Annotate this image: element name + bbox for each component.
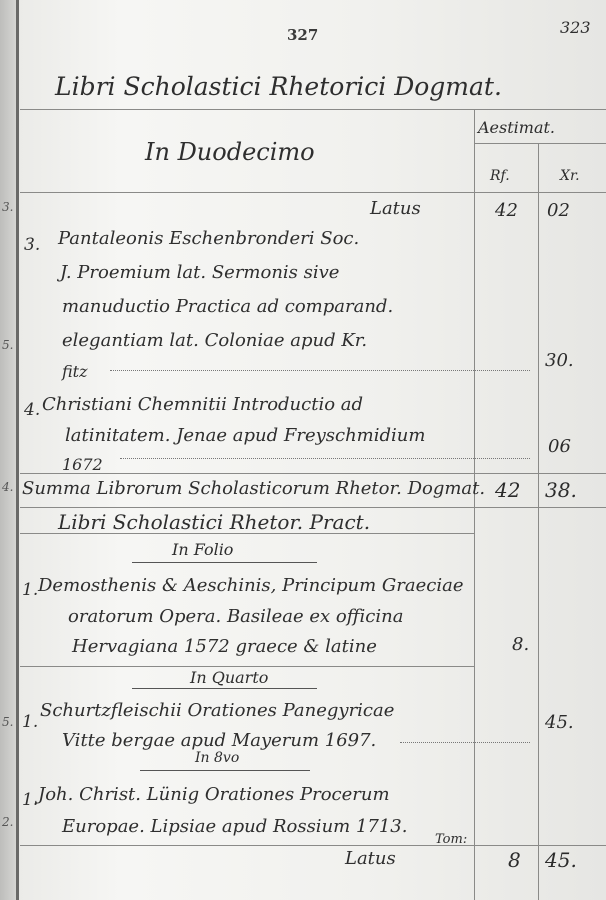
latus-label: Latus xyxy=(370,198,421,219)
carried-xr: 02 xyxy=(547,200,570,221)
column-divider xyxy=(538,143,539,900)
rule-line xyxy=(475,143,606,144)
latus-xr: 45. xyxy=(545,848,577,872)
latus-rf: 8 xyxy=(508,848,521,872)
entry-line: oratorum Opera. Basileae ex officina xyxy=(68,606,403,627)
summa-rf: 42 xyxy=(495,478,520,502)
entry-xr: 45. xyxy=(545,712,574,733)
entry-line: latinitatem. Jenae apud Freyschmidium xyxy=(65,425,425,446)
column-header-xr: Xr. xyxy=(560,168,580,184)
rule-line xyxy=(20,666,474,667)
entry-line: Demosthenis & Aeschinis, Principum Graec… xyxy=(38,575,464,596)
entry-number: 3. xyxy=(24,235,40,255)
entry-xr: 06 xyxy=(548,436,571,457)
entry-line: fitz xyxy=(62,362,88,381)
format-heading-octavo: In 8vo xyxy=(195,750,239,766)
entry-rf: 8. xyxy=(512,634,529,655)
handwritten-page-number: 323 xyxy=(560,18,591,37)
column-divider xyxy=(474,110,475,900)
ledger-page: 3. 5. 4. 5. 2. 327 323 Libri Scholastici… xyxy=(0,0,606,900)
carried-rf: 42 xyxy=(495,200,518,221)
margin-number: 5. xyxy=(2,715,13,729)
rule-line xyxy=(20,109,606,110)
entry-line: 1672 xyxy=(62,455,103,474)
margin-number: 4. xyxy=(2,480,13,494)
entry-line: Schurtzfleischii Orationes Panegyricae xyxy=(40,700,394,721)
entry-line: manuductio Practica ad comparand. xyxy=(62,296,393,317)
rule-line xyxy=(20,473,606,474)
leader-dots xyxy=(120,458,530,459)
entry-number: 4. xyxy=(24,400,40,420)
latus-label: Latus xyxy=(345,848,396,869)
entry-line: Pantaleonis Eschenbronderi Soc. xyxy=(58,228,359,249)
entry-line: J. Proemium lat. Sermonis sive xyxy=(60,262,339,283)
rule-line xyxy=(20,533,474,534)
summa-label: Summa Librorum Scholasticorum Rhetor. Do… xyxy=(22,478,485,499)
format-heading-quarto: In Quarto xyxy=(190,668,268,687)
entry-xr: 30. xyxy=(545,350,574,371)
section-subtitle: In Duodecimo xyxy=(145,138,315,166)
printed-page-number: 327 xyxy=(287,26,318,44)
rule-line xyxy=(20,507,606,508)
leader-dots xyxy=(110,370,530,371)
entry-line: elegantiam lat. Coloniae apud Kr. xyxy=(62,330,367,351)
entry-line: Joh. Christ. Lünig Orationes Procerum xyxy=(38,784,390,805)
entry-number: 1. xyxy=(22,580,38,600)
entry-number: 1. xyxy=(22,790,38,810)
column-header-rf: Rf. xyxy=(490,168,510,184)
gutter-edge xyxy=(16,0,19,900)
heading-underline xyxy=(132,562,317,563)
margin-number: 3. xyxy=(2,200,13,214)
leader-dots xyxy=(400,742,530,743)
margin-number: 5. xyxy=(2,338,13,352)
binding-gutter xyxy=(0,0,16,900)
heading-underline xyxy=(140,770,310,771)
rule-line xyxy=(20,845,606,846)
format-heading-folio: In Folio xyxy=(172,540,233,559)
heading-underline xyxy=(132,688,317,689)
rule-line xyxy=(20,192,606,193)
section-title: Libri Scholastici Rhetor. Pract. xyxy=(58,510,370,534)
entry-line: Hervagiana 1572 graece & latine xyxy=(72,636,377,657)
column-group-label: Aestimat. xyxy=(478,118,555,137)
entry-number: 1. xyxy=(22,712,38,732)
entry-line: Europae. Lipsiae apud Rossium 1713. xyxy=(62,816,407,837)
margin-number: 2. xyxy=(2,815,13,829)
entry-line: Christiani Chemnitii Introductio ad xyxy=(42,394,363,415)
entry-line: Vitte bergae apud Mayerum 1697. xyxy=(62,730,376,751)
summa-xr: 38. xyxy=(545,478,577,502)
page-title: Libri Scholastici Rhetorici Dogmat. xyxy=(55,72,502,101)
